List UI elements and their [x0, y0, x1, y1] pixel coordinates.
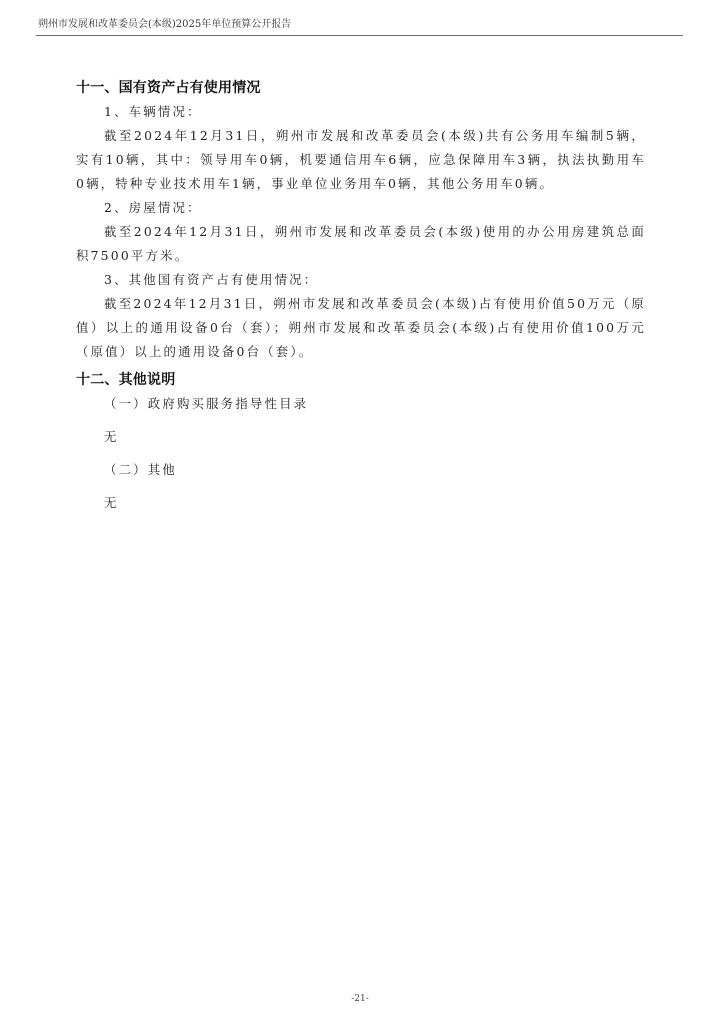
- value-procurement-catalog: 无: [76, 425, 646, 449]
- value-other: 无: [76, 491, 646, 515]
- subheading-other: （二）其他: [76, 458, 646, 482]
- subheading-procurement-catalog: （一）政府购买服务指导性目录: [76, 392, 646, 416]
- section-heading-other-notes: 十二、其他说明: [76, 368, 646, 392]
- paragraph-housing: 截至2024年12月31日，朔州市发展和改革委员会(本级)使用的办公用房建筑总面…: [76, 220, 646, 268]
- paragraph-other-assets: 截至2024年12月31日，朔州市发展和改革委员会(本级)占有使用价值50万元（…: [76, 292, 646, 364]
- header-divider: [36, 35, 683, 36]
- subheading-other-assets: 3、其他国有资产占有使用情况：: [76, 268, 646, 292]
- document-body: 十一、国有资产占有使用情况 1、车辆情况： 截至2024年12月31日，朔州市发…: [76, 76, 646, 515]
- section-heading-state-assets: 十一、国有资产占有使用情况: [76, 76, 646, 100]
- page-header-title: 朔州市发展和改革委员会(本级)2025年单位预算公开报告: [38, 18, 683, 32]
- page-number: -21-: [0, 994, 720, 1004]
- subheading-vehicles: 1、车辆情况：: [76, 100, 646, 124]
- paragraph-vehicles: 截至2024年12月31日，朔州市发展和改革委员会(本级)共有公务用车编制5辆，…: [76, 124, 646, 196]
- subheading-housing: 2、房屋情况：: [76, 196, 646, 220]
